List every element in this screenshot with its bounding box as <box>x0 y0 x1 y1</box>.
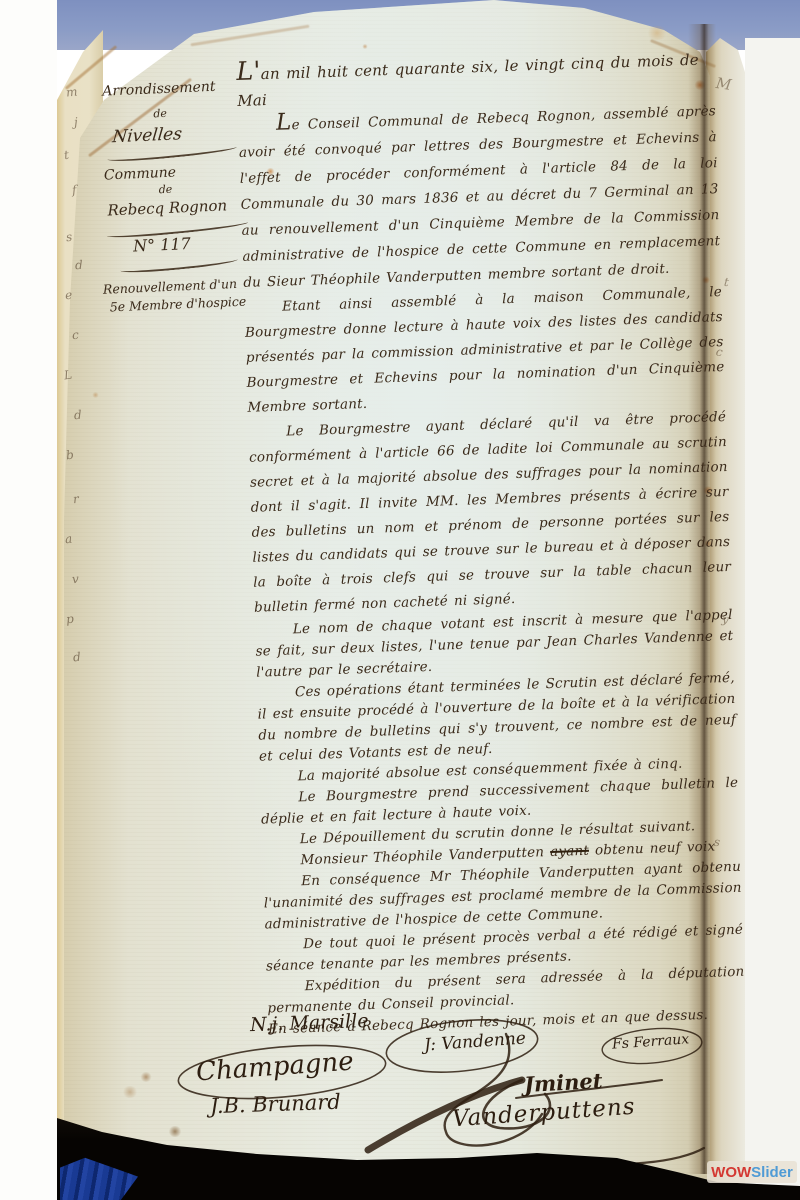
left-page-fragment: L <box>63 368 73 383</box>
left-page-fragment: c <box>71 328 79 343</box>
left-page-fragment: r <box>72 492 79 506</box>
left-page-fragment: m <box>65 84 78 99</box>
signature-marsille: N.j. Marsille <box>250 1010 369 1036</box>
left-page-fragment: d <box>72 650 81 665</box>
right-page-fragment: M <box>715 74 733 94</box>
paragraph-scrutin-secret: Le Bourgmestre ayant déclaré qu'il va êt… <box>248 405 732 621</box>
wowslider-watermark[interactable]: WOWSlider <box>707 1161 797 1183</box>
margin-act-number: N° 117 <box>133 234 191 255</box>
left-page-fragment: j <box>74 115 79 129</box>
photo-right-border <box>745 38 800 1200</box>
manuscript-body-text: L'an mil huit cent quarante six, le ving… <box>236 46 746 1040</box>
paragraph-convocation: Le Conseil Communal de Rebecq Rognon, as… <box>238 98 722 296</box>
left-page-fragment: p <box>65 612 74 627</box>
stain <box>140 1072 152 1082</box>
watermark-slider: Slider <box>751 1164 793 1181</box>
watermark-wow: WOW <box>711 1164 751 1181</box>
left-page-fragment: a <box>64 532 73 547</box>
margin-commune-label: Commune <box>104 165 177 184</box>
paragraph-verification: Ces opérations étant terminées le Scruti… <box>257 668 738 768</box>
left-page-fragment: b <box>65 448 74 463</box>
left-page-fragment: d <box>74 408 83 423</box>
photo-left-border <box>0 0 57 1200</box>
tally-after: obtenu neuf voix <box>589 839 716 859</box>
tally-struck-word: ayant <box>550 843 589 860</box>
stain <box>362 44 368 49</box>
stain <box>168 1126 182 1137</box>
left-page-fragment: e <box>64 288 73 303</box>
book-cover-cloth <box>60 1155 138 1200</box>
left-page-fragment: d <box>75 258 83 272</box>
stain <box>646 26 668 40</box>
margin-de: de <box>158 183 172 197</box>
stain <box>92 392 99 398</box>
margin-de: de <box>153 107 167 121</box>
stain <box>122 1086 138 1098</box>
signature-jminet: Jminet <box>523 1068 603 1097</box>
signature-brunard: J.B. Brunard <box>210 1090 342 1119</box>
archival-document-photo: m j t f s d e c L d b r a v p d M t c y … <box>0 0 800 1200</box>
paragraph-lecture-listes: Etant ainsi assemblé à la maison Communa… <box>244 280 726 421</box>
margin-arrondissement-name: Nivelles <box>111 124 183 147</box>
left-page-fragment: v <box>72 572 80 586</box>
